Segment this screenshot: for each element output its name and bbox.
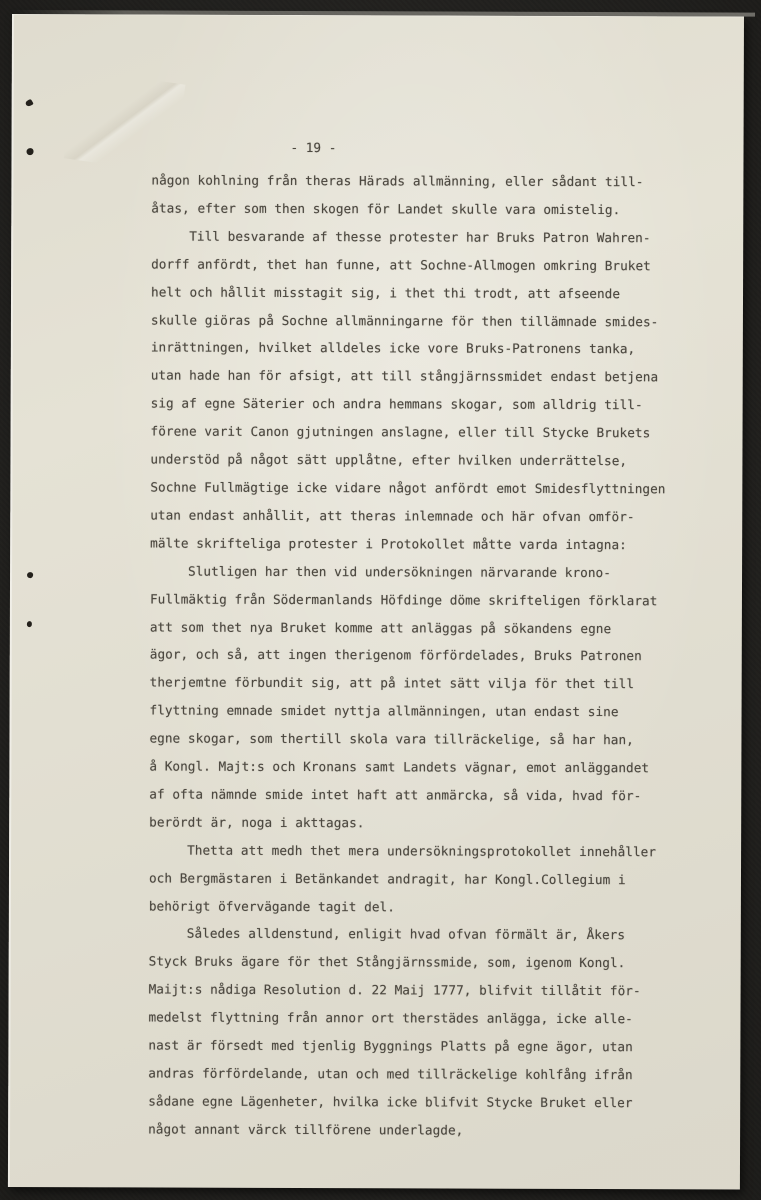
punch-hole-mark — [27, 148, 34, 155]
text-line: Sochne Fullmägtige icke vidare något anf… — [150, 473, 710, 503]
text-line: något annant värck tillförene underlagde… — [148, 1115, 708, 1145]
text-line: åtas, efter som then skogen för Landet s… — [151, 194, 711, 224]
text-line: flyttning emnade smidet nyttja allmännin… — [150, 697, 710, 727]
text-line: utan hade han för afsigt, att till stång… — [151, 362, 711, 392]
punch-hole-mark — [25, 99, 34, 108]
text-line: Till besvarande af thesse protester har … — [151, 222, 711, 252]
punch-hole-mark — [26, 571, 34, 579]
document-page: - 19 - någon kohlning från theras Härads… — [8, 14, 744, 1190]
text-line: sådane egne Lägenheter, hvilka icke blif… — [148, 1087, 708, 1117]
text-line: någon kohlning från theras Härads allmän… — [151, 166, 711, 196]
text-line: nast är försedt med tjenlig Byggnings Pl… — [148, 1032, 708, 1062]
punch-hole-mark — [27, 621, 32, 627]
text-line: ägor, och så, att ingen therigenom förfö… — [150, 641, 710, 671]
text-line: understöd på något sätt upplåtne, efter … — [150, 446, 710, 476]
text-line: förene varit Canon gjutningen anslagne, … — [150, 418, 710, 448]
text-line: å Kongl. Majt:s och Kronans samt Landets… — [149, 753, 709, 783]
text-line: dorff anfördt, thet han funne, att Sochn… — [151, 250, 711, 280]
text-line: Således alldenstund, enligit hvad ofvan … — [149, 920, 709, 950]
text-line: sig af egne Säterier och andra hemmans s… — [151, 390, 711, 420]
text-line: utan endast anhållit, att theras inlemna… — [150, 501, 710, 531]
text-line: inrättningen, hvilket alldeles icke vore… — [151, 334, 711, 364]
typed-text-block: någon kohlning från theras Härads allmän… — [148, 166, 711, 1145]
text-line: Thetta att medh thet mera undersökningsp… — [149, 836, 709, 866]
text-line: behörigt öfvervägande tagit del. — [149, 892, 709, 922]
text-line: Fullmäktig från Södermanlands Höfdinge d… — [150, 585, 710, 615]
text-line: och Bergmästaren i Betänkandet andragit,… — [149, 864, 709, 894]
text-line: egne skogar, som thertill skola vara til… — [149, 725, 709, 755]
text-line: mälte skrifteliga protester i Protokolle… — [150, 529, 710, 559]
text-line: berördt är, noga i akttagas. — [149, 808, 709, 838]
text-line: Styck Bruks ägare för thet Stångjärnssmi… — [149, 948, 709, 978]
text-line: helt och hållit misstagit sig, i thet th… — [151, 278, 711, 308]
text-line: therjemtne förbundit sig, att på intet s… — [150, 669, 710, 699]
text-line: medelst flyttning från annor ort therstä… — [148, 1004, 708, 1034]
text-line: af ofta nämnde smide intet haft att anmä… — [149, 780, 709, 810]
page-number: - 19 - — [290, 134, 336, 162]
text-line: Maijt:s nådiga Resolution d. 22 Maij 177… — [149, 976, 709, 1006]
text-line: skulle giöras på Sochne allmänningarne f… — [151, 306, 711, 336]
text-line: Slutligen har then vid undersökningen nä… — [150, 557, 710, 587]
paper-crease — [64, 69, 186, 174]
text-line: att som thet nya Bruket komme att anlägg… — [150, 613, 710, 643]
text-line: andras förfördelande, utan och med tillr… — [148, 1059, 708, 1089]
